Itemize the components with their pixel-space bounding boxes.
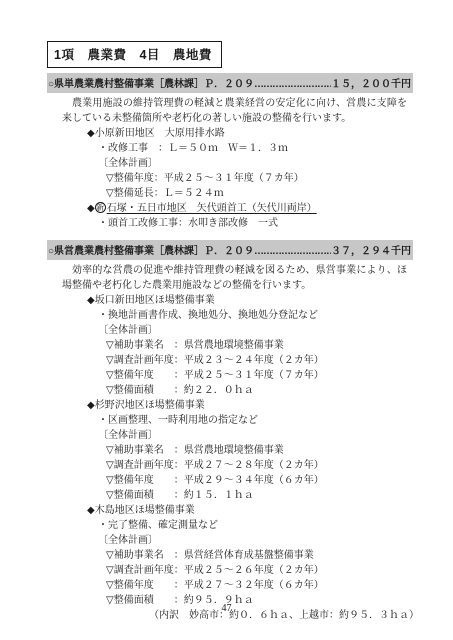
project-name-label: 小原新田地区 大原用排水路 — [95, 128, 225, 139]
project-work-item: ・区画整理、一時利用地の指定など — [47, 413, 413, 428]
section-title: ○県営農業農村整備事業［農林課］Ｐ．２０９ — [48, 242, 254, 257]
project-name: ◆坂口新田地区ほ場整備事業 — [47, 293, 413, 308]
project-name-label: 杉野沢地区ほ場整備事業 — [95, 400, 205, 411]
project-work-item: ・完了整備、確定測量など — [47, 518, 413, 533]
project-name: ◆杉野沢地区ほ場整備事業 — [47, 398, 413, 413]
plan-detail: ▽補助事業名 ：県営経営体育成基盤整備事業 — [47, 548, 413, 563]
overall-plan-label: 〔全体計画〕 — [47, 156, 413, 171]
diamond-bullet-icon: ◆ — [87, 505, 95, 516]
budget-document-page: 1項 農業費 4目 農地費 ○県単農業農村整備事業［農林課］Ｐ．２０９ …………… — [0, 0, 453, 640]
section-kenei-nogyo-noson: ○県営農業農村整備事業［農林課］Ｐ．２０９ ………………………………… ３７，２… — [47, 240, 413, 623]
project-work-item: ・頭首工改修工事：水叩き部改修 一式 — [47, 216, 413, 231]
project-name-label: 坂口新田地区ほ場整備事業 — [95, 295, 215, 306]
project-name-label: 石塚・五日市地区 矢代頭首工（矢代川両岸） — [107, 203, 317, 214]
project-name: ◆木島地区ほ場整備事業 — [47, 503, 413, 518]
plan-detail: ▽補助事業名 ：県営農地環境整備事業 — [47, 443, 413, 458]
project-work-item: ・改修工事 ：Ｌ＝５０ｍ Ｗ＝１．３ｍ — [47, 141, 413, 156]
section-title: ○県単農業農村整備事業［農林課］Ｐ．２０９ — [48, 75, 254, 90]
project-name-label: 木島地区ほ場整備事業 — [95, 505, 195, 516]
new-project-marker-icon: 新 — [95, 202, 106, 213]
overall-plan-label: 〔全体計画〕 — [47, 323, 413, 338]
plan-detail: ▽整備延長：Ｌ＝５２４ｍ — [47, 186, 413, 201]
dotted-leader: ………………………………… — [254, 246, 331, 257]
plan-detail: ▽補助事業名 ：県営農地環境整備事業 — [47, 338, 413, 353]
plan-detail: ▽整備面積 ：約１５．１ｈａ — [47, 488, 413, 503]
project-work-item: ・換地計画書作成、換地処分、換地処分登記など — [47, 308, 413, 323]
section-amount: １５，２００千円 — [331, 75, 411, 90]
plan-detail: ▽調査計画年度：平成２３～２４年度（２カ年） — [47, 353, 413, 368]
diamond-bullet-icon: ◆ — [87, 295, 95, 306]
section-header-bar: ○県単農業農村整備事業［農林課］Ｐ．２０９ ………………………………… １５，２… — [47, 73, 413, 93]
page-number: 47 — [0, 603, 453, 614]
plan-detail: ▽調査計画年度：平成２７～２８年度（２カ年） — [47, 458, 413, 473]
plan-detail: ▽調査計画年度：平成２５～２６年度（２カ年） — [47, 563, 413, 578]
section-kentan-nogyo-noson: ○県単農業農村整備事業［農林課］Ｐ．２０９ ………………………………… １５，２… — [47, 73, 413, 231]
section-description: 農業用施設の維持管理費の軽減と農業経営の安定化に向け、営農に支障を来している未整… — [62, 96, 407, 126]
section-description: 効率的な営農の促進や維持管理費の軽減を図るため、県営事業により、ほ場整備や老朽化… — [62, 263, 407, 293]
plan-detail: ▽整備年度 ：平成２９～３４年度（６カ年） — [47, 473, 413, 488]
diamond-bullet-icon: ◆ — [87, 128, 95, 139]
dotted-leader: ………………………………… — [254, 79, 331, 90]
plan-detail: ▽整備年度：平成２５～３１年度（７カ年） — [47, 171, 413, 186]
diamond-bullet-icon: ◆ — [87, 203, 95, 214]
overall-plan-label: 〔全体計画〕 — [47, 428, 413, 443]
overall-plan-label: 〔全体計画〕 — [47, 533, 413, 548]
page-content: 1項 農業費 4目 農地費 ○県単農業農村整備事業［農林課］Ｐ．２０９ …………… — [47, 41, 413, 623]
plan-detail: ▽整備面積 ：約２２．０ｈａ — [47, 383, 413, 398]
underlined-project-title: 新石塚・五日市地区 矢代頭首工（矢代川両岸） — [95, 203, 317, 214]
diamond-bullet-icon: ◆ — [87, 400, 95, 411]
plan-detail: ▽整備年度 ：平成２５～３１年度（７カ年） — [47, 368, 413, 383]
project-name: ◆小原新田地区 大原用排水路 — [47, 126, 413, 141]
section-amount: ３７，２９４千円 — [331, 242, 411, 257]
project-name: ◆新石塚・五日市地区 矢代頭首工（矢代川両岸） — [47, 201, 413, 216]
plan-detail: ▽整備年度 ：平成２７～３２年度（６カ年） — [47, 578, 413, 593]
section-header-bar: ○県営農業農村整備事業［農林課］Ｐ．２０９ ………………………………… ３７，２… — [47, 240, 413, 260]
page-title: 1項 農業費 4目 農地費 — [47, 41, 222, 68]
